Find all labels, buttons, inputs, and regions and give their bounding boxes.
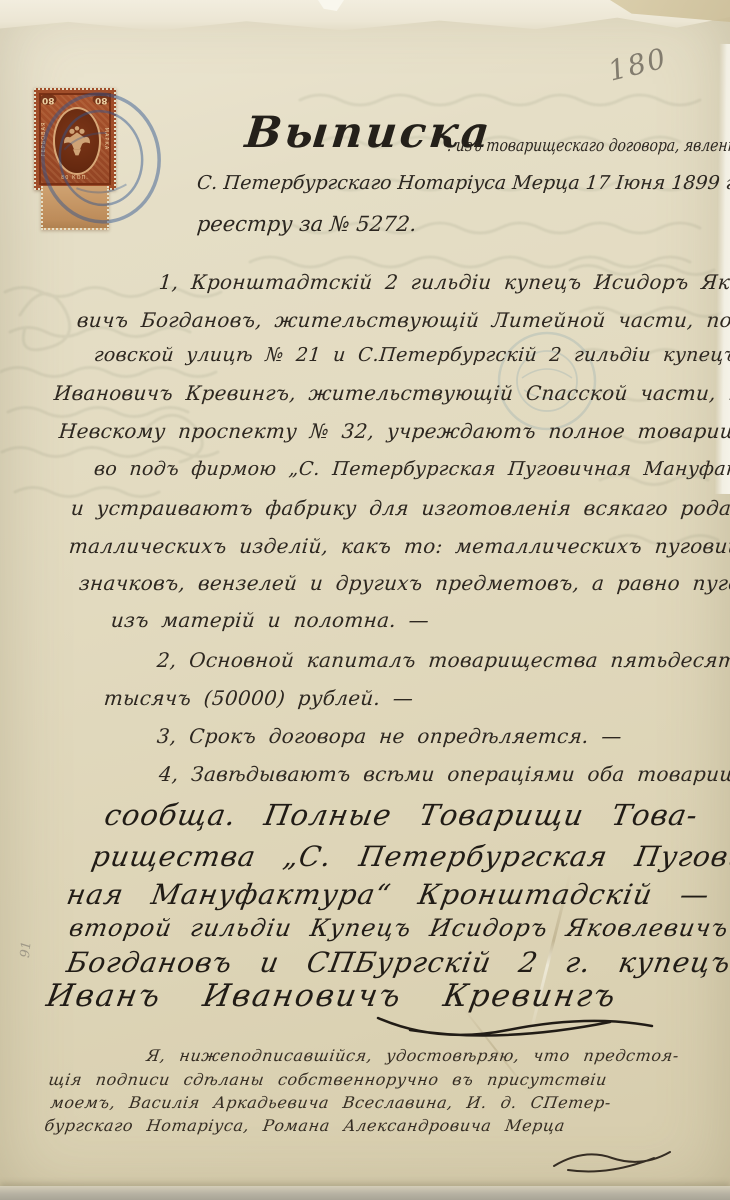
attestation-line: Я, нижеподписавшійся, удостовѣряю, что п… — [145, 1046, 680, 1065]
scan-bottom-edge — [0, 1186, 730, 1200]
header-line: реестру за № 5272. — [196, 212, 418, 236]
attestation-line: моемъ, Василія Аркадьевича Всеславина, И… — [49, 1093, 612, 1112]
margin-pencil-number: 91 — [18, 940, 35, 958]
body-line: 4, Завѣдываютъ всѣми операціями оба това… — [158, 762, 730, 786]
body-line: Ивановичъ Кревингъ, жительствующій Спасс… — [53, 381, 730, 405]
revenue-stamp: ГЕРБОВАЯ МАРКА 80 80 80 КОП — [34, 88, 114, 230]
body-line: 2, Основной капиталъ товарищества пятьде… — [156, 648, 730, 672]
header-line: . изъ товарищескаго договора, явленнаго … — [446, 136, 730, 156]
signature-line: второй гильдіи Купецъ Исидоръ Яковлевичъ — [67, 914, 730, 942]
attestation-line: щія подписи сдѣланы собственноручно въ п… — [47, 1070, 608, 1089]
cancellation-mark-icon — [6, 74, 186, 254]
signature-line: Богдановъ и СПБургскій 2 г. купецъ — [64, 946, 730, 979]
body-line: Невскому проспекту № 32, учреждаютъ полн… — [58, 419, 730, 443]
body-line: изъ матерій и полотна. — — [110, 608, 430, 632]
signature-line: рищества „С. Петербургская Пугович- — [89, 840, 730, 873]
body-line: значковъ, вензелей и другихъ предметовъ,… — [78, 571, 730, 595]
body-line: говской улицѣ № 21 и С.Петербургскій 2 г… — [93, 344, 730, 366]
signature-line: сообща. Полные Товарищи Това- — [102, 798, 701, 832]
body-line: таллическихъ изделій, какъ то: металличе… — [68, 534, 730, 558]
signature-flourish — [370, 1000, 660, 1040]
header-line: С. Петербургскаго Нотаріуса Мерца 17 Іюн… — [196, 172, 730, 194]
document-page: 180 91 ГЕРБОВАЯ МАРКА — [0, 0, 730, 1200]
signature-line: ная Мануфактура“ Кронштадскій — — [64, 878, 712, 911]
scanned-document: 180 91 ГЕРБОВАЯ МАРКА — [0, 0, 730, 1200]
body-line: тысячъ (50000) рублей. — — [103, 686, 414, 710]
notary-flourish — [548, 1142, 678, 1178]
body-line: во подъ фирмою „С. Петербургская Пугович… — [93, 458, 730, 480]
body-line: 1, Кронштадтскій 2 гильдіи купецъ Исидор… — [158, 270, 730, 294]
body-line: 3, Срокъ договора не опредѣляется. — — [156, 724, 623, 748]
body-line: и устраиваютъ фабрику для изготовленія в… — [70, 496, 730, 520]
attestation-line: бургскаго Нотаріуса, Романа Александрови… — [43, 1116, 566, 1135]
body-line: вичъ Богдановъ, жительствующій Литейной … — [76, 308, 730, 332]
